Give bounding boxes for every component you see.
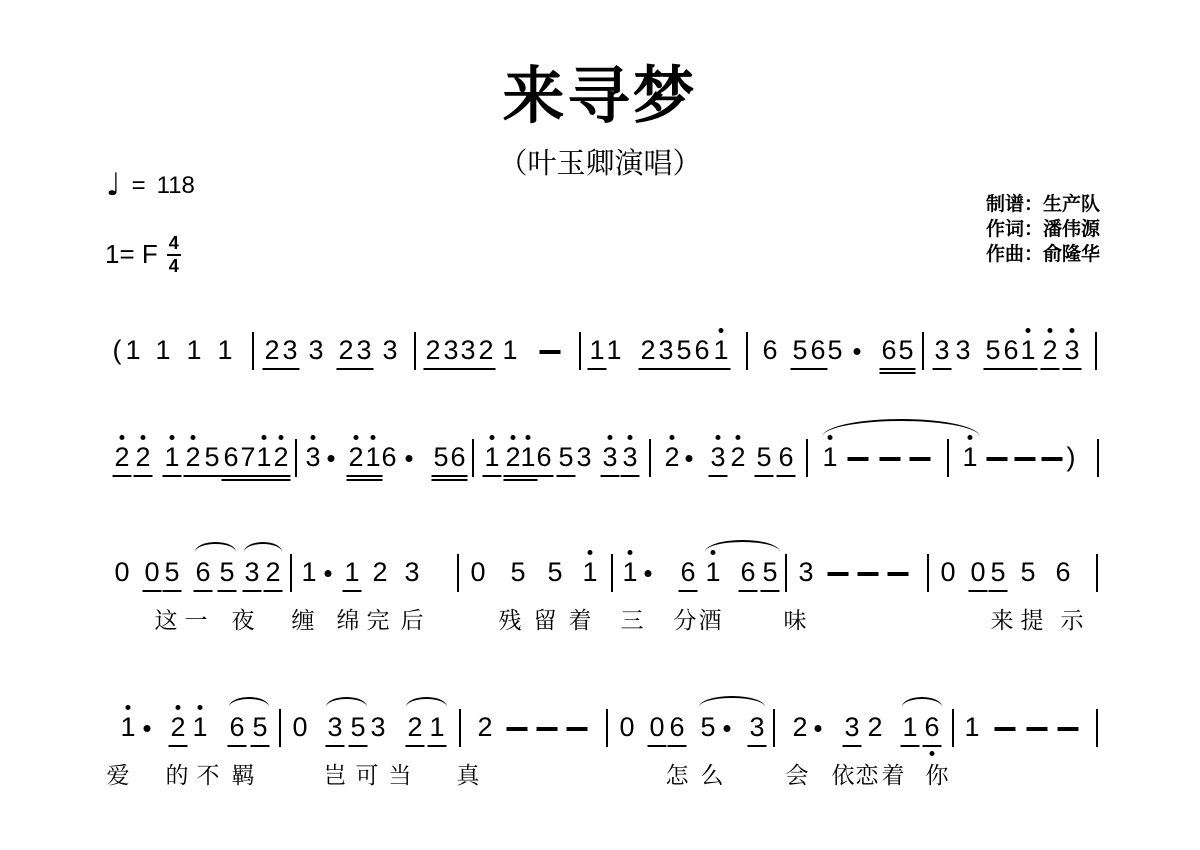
note-digit: 1 xyxy=(705,558,720,586)
lyric-syllable: 你 xyxy=(926,757,949,790)
note-digit: 2 xyxy=(505,443,520,471)
note-digit: 2 xyxy=(264,336,279,364)
octave-dot-above xyxy=(191,435,196,440)
note-digit: 0 xyxy=(940,558,955,586)
lyric-syllable: 留 xyxy=(534,602,557,635)
credits-block: 制谱：生产队 作词：潘伟源 作曲：俞隆华 xyxy=(986,192,1100,267)
note-digit: 2 xyxy=(135,443,150,471)
lyric-syllable: 示 xyxy=(1061,602,1084,635)
barline xyxy=(1095,332,1097,370)
lyric-syllable: 不 xyxy=(197,757,220,790)
lyric-syllable: 后 xyxy=(401,602,424,635)
note-digit: 6 xyxy=(762,336,777,364)
augmentation-dot xyxy=(854,348,861,355)
barline xyxy=(785,554,787,592)
dash-note xyxy=(540,350,561,354)
note-digit: 3 xyxy=(798,558,813,586)
barline xyxy=(806,439,808,477)
slur-arc xyxy=(822,419,980,437)
note-digit: 3 xyxy=(844,713,859,741)
barline xyxy=(746,332,748,370)
note-digit: 2 xyxy=(407,713,422,741)
octave-dot-above xyxy=(141,435,146,440)
note-digit: 2 xyxy=(265,558,280,586)
note-digit: 3 xyxy=(244,558,259,586)
octave-dot-above xyxy=(1048,328,1053,333)
barline xyxy=(472,439,474,477)
note-digit: 3 xyxy=(308,336,323,364)
dash-note xyxy=(1015,457,1036,461)
note-digit: 1 xyxy=(429,713,444,741)
note-digit: 6 xyxy=(381,443,396,471)
note-digit: 1 xyxy=(502,336,517,364)
credit-lyricist: 作词：潘伟源 xyxy=(986,217,1100,242)
slur-arc xyxy=(195,542,236,552)
note-digit: 1 xyxy=(256,443,271,471)
note-digit: 6 xyxy=(536,443,551,471)
note-digit: 3 xyxy=(443,336,458,364)
note-digit: 5 xyxy=(985,336,1000,364)
song-title: 来寻梦 xyxy=(0,46,1200,135)
note-digit: 3 xyxy=(602,443,617,471)
lyric-syllable: 可 xyxy=(356,757,379,790)
lyric-syllable: 的 xyxy=(166,757,189,790)
dash-note xyxy=(910,457,931,461)
lyrics-line-4: 爱的不羁岂可当真怎么会依恋着你 xyxy=(0,757,1200,783)
note-digit: 3 xyxy=(658,336,673,364)
augmentation-dot xyxy=(645,570,652,577)
note-digit: 6 xyxy=(778,443,793,471)
paren: ) xyxy=(1067,443,1076,471)
barline xyxy=(414,332,416,370)
barline xyxy=(952,709,954,747)
note-digit: 6 xyxy=(223,443,238,471)
lyric-syllable: 当 xyxy=(389,757,412,790)
note-digit: 6 xyxy=(924,713,939,741)
augmentation-dot xyxy=(328,455,335,462)
note-digit: 5 xyxy=(350,713,365,741)
barline xyxy=(1096,709,1098,747)
note-digit: 1 xyxy=(217,336,232,364)
dash-note xyxy=(1027,727,1048,731)
note-digit: 3 xyxy=(710,443,725,471)
note-digit: 0 xyxy=(970,558,985,586)
time-signature: 4 4 xyxy=(167,233,181,276)
note-digit: 5 xyxy=(792,336,807,364)
barline xyxy=(1097,439,1099,477)
octave-dot-above xyxy=(354,435,359,440)
note-digit: 1 xyxy=(713,336,728,364)
note-digit: 1 xyxy=(484,443,499,471)
octave-dot-above xyxy=(711,550,716,555)
dash-note xyxy=(848,457,869,461)
barline xyxy=(290,554,292,592)
augmentation-dot xyxy=(815,725,822,732)
augmentation-dot xyxy=(406,455,413,462)
note-digit: 5 xyxy=(762,558,777,586)
note-digit: 1 xyxy=(186,336,201,364)
note-digit: 3 xyxy=(955,336,970,364)
tempo-marking: ♩ = 118 xyxy=(106,170,195,201)
octave-dot-below xyxy=(930,751,935,756)
dash-note xyxy=(858,572,879,576)
note-digit: 1 xyxy=(962,443,977,471)
lyric-syllable: 夜 xyxy=(232,602,255,635)
augmentation-dot xyxy=(325,570,332,577)
note-digit: 1 xyxy=(344,558,359,586)
note-digit: 2 xyxy=(372,558,387,586)
note-digit: 3 xyxy=(622,443,637,471)
octave-dot-above xyxy=(719,328,724,333)
barline xyxy=(773,709,775,747)
lyric-syllable: 着 xyxy=(882,757,905,790)
note-digit: 2 xyxy=(477,713,492,741)
octave-dot-above xyxy=(1070,328,1075,333)
lyric-syllable: 提 xyxy=(1021,602,1044,635)
lyric-syllable: 真 xyxy=(457,757,480,790)
credit-arranger: 制谱：生产队 xyxy=(986,192,1100,217)
note-digit: 6 xyxy=(229,713,244,741)
lyric-syllable: 恋 xyxy=(856,757,879,790)
lyric-syllable: 缠 xyxy=(292,602,315,635)
note-digit: 2 xyxy=(640,336,655,364)
note-digit: 1 xyxy=(582,558,597,586)
note-digit: 3 xyxy=(305,443,320,471)
slur-arc xyxy=(244,542,282,552)
lyrics-line-3: 这一夜缠绵完后残留着三分酒味来提示 xyxy=(0,602,1200,628)
note-digit: 2 xyxy=(273,443,288,471)
octave-dot-above xyxy=(968,435,973,440)
note-digit: 6 xyxy=(195,558,210,586)
note-digit: 5 xyxy=(204,443,219,471)
slur-arc xyxy=(902,697,942,707)
dash-note xyxy=(507,727,528,731)
octave-dot-above xyxy=(628,435,633,440)
note-digit: 5 xyxy=(990,558,1005,586)
note-digit: 3 xyxy=(282,336,297,364)
octave-dot-above xyxy=(670,435,675,440)
note-digit: 1 xyxy=(155,336,170,364)
dash-note xyxy=(987,457,1008,461)
octave-dot-above xyxy=(608,435,613,440)
octave-dot-above xyxy=(716,435,721,440)
dash-note xyxy=(995,727,1016,731)
lyric-syllable: 着 xyxy=(569,602,592,635)
sheet-page: 来寻梦 （叶玉卿演唱） ♩ = 118 1= F 4 4 制谱：生产队 作词：潘… xyxy=(0,0,1200,850)
note-digit: 1 xyxy=(902,713,917,741)
note-digit: 2 xyxy=(664,443,679,471)
barline xyxy=(279,709,281,747)
note-digit: 1 xyxy=(192,713,207,741)
slur-arc xyxy=(699,696,765,707)
note-digit: 2 xyxy=(170,713,185,741)
octave-dot-above xyxy=(126,705,131,710)
barline xyxy=(947,439,949,477)
slur-arc xyxy=(326,697,367,707)
dash-note xyxy=(888,572,909,576)
note-digit: 0 xyxy=(470,558,485,586)
slur-arc xyxy=(705,540,780,552)
barline xyxy=(252,332,254,370)
note-digit: 1 xyxy=(622,558,637,586)
note-digit: 5 xyxy=(547,558,562,586)
lyric-syllable: 一 xyxy=(185,602,208,635)
octave-dot-above xyxy=(176,705,181,710)
lyric-syllable: 三 xyxy=(621,602,644,635)
note-digit: 3 xyxy=(749,713,764,741)
barline xyxy=(1096,554,1098,592)
dash-note xyxy=(1058,727,1079,731)
note-digit: 6 xyxy=(740,558,755,586)
barline xyxy=(295,439,297,477)
octave-dot-above xyxy=(262,435,267,440)
note-digit: 1 xyxy=(589,336,604,364)
dash-note xyxy=(537,727,558,731)
note-digit: 6 xyxy=(810,336,825,364)
note-digit: 1 xyxy=(125,336,140,364)
lyric-syllable: 依 xyxy=(832,757,855,790)
note-digit: 1 xyxy=(120,713,135,741)
barline xyxy=(459,709,461,747)
note-digit: 0 xyxy=(649,713,664,741)
barline xyxy=(579,332,581,370)
augmentation-dot xyxy=(686,455,693,462)
note-digit: 3 xyxy=(576,443,591,471)
barline xyxy=(606,709,608,747)
note-digit: 5 xyxy=(164,558,179,586)
notation-line-2: 221256712321656121653332325611) xyxy=(0,443,1200,471)
lyric-syllable: 分 xyxy=(674,602,697,635)
augmentation-dot xyxy=(724,725,731,732)
note-digit: 3 xyxy=(370,713,385,741)
paren: ( xyxy=(113,336,122,364)
lyric-syllable: 来 xyxy=(991,602,1014,635)
note-digit: 6 xyxy=(669,713,684,741)
lyric-syllable: 完 xyxy=(367,602,390,635)
note-digit: 5 xyxy=(219,558,234,586)
note-digit: 6 xyxy=(1003,336,1018,364)
note-digit: 1 xyxy=(164,443,179,471)
lyric-syllable: 羁 xyxy=(232,757,255,790)
octave-dot-above xyxy=(628,550,633,555)
note-digit: 2 xyxy=(730,443,745,471)
octave-dot-above xyxy=(279,435,284,440)
lyric-syllable: 岂 xyxy=(324,757,347,790)
note-digit: 5 xyxy=(1020,558,1035,586)
lyric-syllable: 怎 xyxy=(666,757,689,790)
note-digit: 6 xyxy=(680,558,695,586)
note-digit: 1 xyxy=(606,336,621,364)
dash-note xyxy=(1042,457,1063,461)
note-digit: 1 xyxy=(822,443,837,471)
octave-dot-above xyxy=(170,435,175,440)
dash-note xyxy=(567,727,588,731)
note-digit: 3 xyxy=(934,336,949,364)
key-text: 1= F xyxy=(105,239,158,270)
note-digit: 3 xyxy=(327,713,342,741)
meter-numerator: 4 xyxy=(167,233,181,256)
octave-dot-above xyxy=(1026,328,1031,333)
note-digit: 6 xyxy=(881,336,896,364)
lyric-syllable: 这 xyxy=(155,602,178,635)
note-digit: 3 xyxy=(1064,336,1079,364)
lyric-syllable: 会 xyxy=(786,757,809,790)
barline xyxy=(649,439,651,477)
note-digit: 5 xyxy=(252,713,267,741)
meter-denominator: 4 xyxy=(169,256,179,277)
barline xyxy=(457,554,459,592)
note-digit: 5 xyxy=(756,443,771,471)
note-digit: 2 xyxy=(792,713,807,741)
octave-dot-above xyxy=(311,435,316,440)
barline xyxy=(611,554,613,592)
note-digit: 5 xyxy=(700,713,715,741)
slur-arc xyxy=(229,697,269,707)
note-digit: 2 xyxy=(114,443,129,471)
credit-composer: 作曲：俞隆华 xyxy=(986,242,1100,267)
note-digit: 2 xyxy=(348,443,363,471)
notation-line-3: 00565321123055116165300556 xyxy=(0,558,1200,586)
note-digit: 6 xyxy=(1055,558,1070,586)
note-digit: 3 xyxy=(382,336,397,364)
dash-note xyxy=(880,457,901,461)
note-digit: 3 xyxy=(460,336,475,364)
tempo-equals: = xyxy=(132,172,146,200)
note-digit: 2 xyxy=(185,443,200,471)
note-digit: 0 xyxy=(292,713,307,741)
note-digit: 6 xyxy=(694,336,709,364)
note-digit: 0 xyxy=(114,558,129,586)
note-digit: 1 xyxy=(365,443,380,471)
note-digit: 2 xyxy=(338,336,353,364)
note-digit: 5 xyxy=(558,443,573,471)
octave-dot-above xyxy=(198,705,203,710)
note-digit: 3 xyxy=(356,336,371,364)
tempo-bpm: 118 xyxy=(157,172,195,200)
barline xyxy=(922,332,924,370)
note-digit: 3 xyxy=(404,558,419,586)
note-digit: 1 xyxy=(301,558,316,586)
key-signature: 1= F 4 4 xyxy=(105,233,181,276)
note-digit: 2 xyxy=(478,336,493,364)
note-digit: 0 xyxy=(144,558,159,586)
note-digit: 1 xyxy=(520,443,535,471)
note-digit: 5 xyxy=(827,336,842,364)
note-digit: 5 xyxy=(676,336,691,364)
note-digit: 2 xyxy=(425,336,440,364)
octave-dot-above xyxy=(828,435,833,440)
lyric-syllable: 残 xyxy=(499,602,522,635)
lyric-syllable: 么 xyxy=(701,757,724,790)
octave-dot-above xyxy=(490,435,495,440)
octave-dot-above xyxy=(371,435,376,440)
note-digit: 0 xyxy=(619,713,634,741)
note-digit: 2 xyxy=(867,713,882,741)
octave-dot-above xyxy=(736,435,741,440)
octave-dot-above xyxy=(526,435,531,440)
octave-dot-above xyxy=(588,550,593,555)
octave-dot-above xyxy=(120,435,125,440)
note-digit: 5 xyxy=(898,336,913,364)
augmentation-dot xyxy=(144,725,151,732)
note-digit: 7 xyxy=(240,443,255,471)
note-digit: 5 xyxy=(510,558,525,586)
lyric-syllable: 味 xyxy=(784,602,807,635)
dash-note xyxy=(828,572,849,576)
note-digit: 1 xyxy=(964,713,979,741)
notation-line-4: 12165035321200653232161 xyxy=(0,713,1200,741)
lyric-syllable: 酒 xyxy=(699,602,722,635)
note-digit: 6 xyxy=(450,443,465,471)
quarter-note-icon: ♩ xyxy=(106,170,121,201)
note-digit: 2 xyxy=(1042,336,1057,364)
note-digit: 1 xyxy=(1020,336,1035,364)
barline xyxy=(927,554,929,592)
notation-line-1: (11112332332332111235616565653356123 xyxy=(0,336,1200,364)
octave-dot-above xyxy=(511,435,516,440)
lyric-syllable: 绵 xyxy=(337,602,360,635)
lyric-syllable: 爱 xyxy=(107,757,130,790)
note-digit: 5 xyxy=(433,443,448,471)
slur-arc xyxy=(406,697,447,707)
